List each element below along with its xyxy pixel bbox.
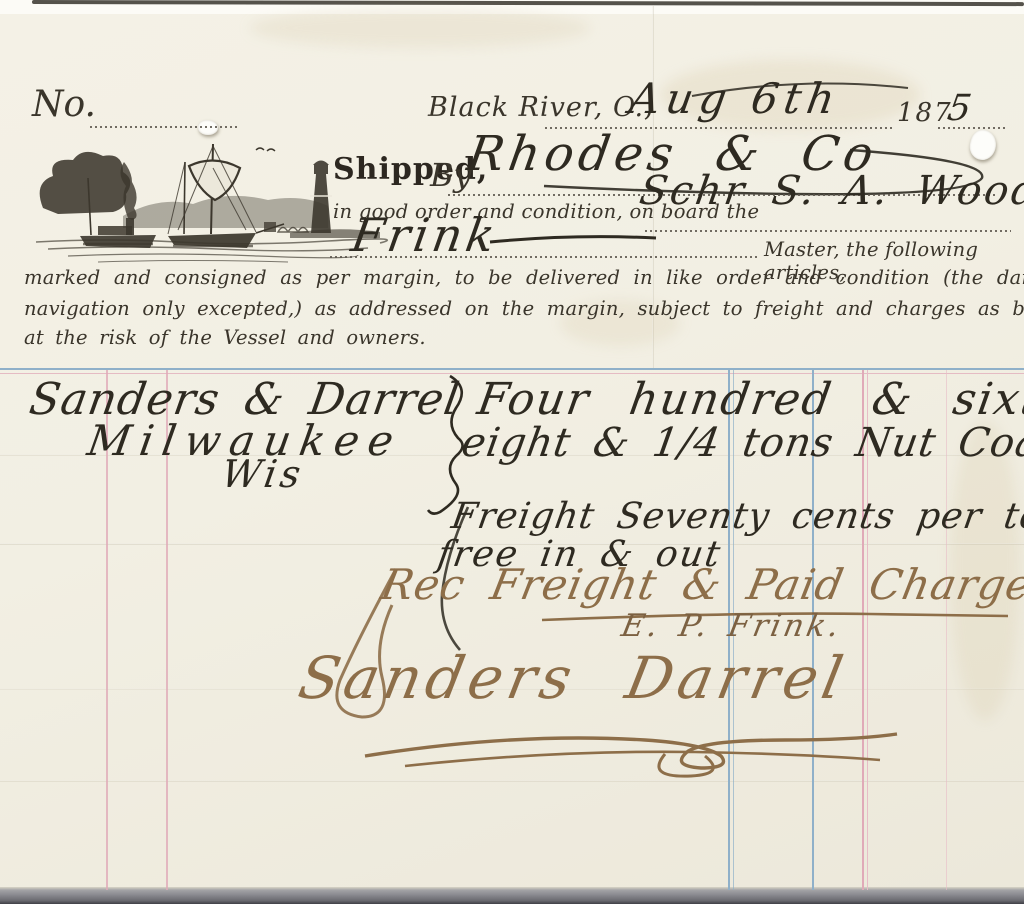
no-label: No. bbox=[32, 84, 96, 125]
master-handwritten: Frink bbox=[352, 208, 498, 262]
master-dash-stroke bbox=[488, 232, 658, 246]
firm-signature: Sanders Darrel bbox=[300, 644, 846, 712]
terms-line-1: marked and consigned as per margin, to b… bbox=[24, 266, 1024, 289]
scanned-document: No. bbox=[0, 0, 1024, 904]
vessel-handwritten: Schr S. A. Wood bbox=[640, 168, 1024, 214]
cargo-line-2: eight & 1/4 tons Nut Coal bbox=[462, 420, 1024, 466]
ledger-rule-horizontal-blue bbox=[0, 368, 1024, 370]
place-printed: Black River, O., bbox=[428, 92, 654, 123]
year-handwritten: 5 bbox=[948, 88, 971, 129]
receipt-agent-signature: E. P. Frink. bbox=[622, 608, 841, 644]
terms-line-3: at the risk of the Vessel and owners. bbox=[24, 326, 426, 349]
no-dotted-line bbox=[90, 126, 240, 128]
vessel-dotted-line bbox=[645, 230, 1011, 232]
signature-flourish bbox=[335, 712, 915, 782]
year-dotted-line bbox=[938, 127, 1008, 129]
terms-line-2: navigation only excepted,) as addressed … bbox=[24, 297, 1024, 320]
year-printed: 187 bbox=[897, 98, 953, 128]
paper-stain bbox=[250, 8, 590, 48]
freight-line-1: Freight Seventy cents per ton bbox=[452, 496, 1024, 537]
date-flourish-stroke bbox=[690, 76, 910, 100]
cargo-line-1: Four hundred & sixty bbox=[478, 374, 1024, 425]
receipt-received-line: Rec Freight & Paid Charges bbox=[382, 560, 1024, 609]
scan-bottom-edge bbox=[0, 887, 1024, 904]
consignee-state: Wis bbox=[222, 452, 304, 496]
master-dotted-line bbox=[330, 256, 760, 258]
